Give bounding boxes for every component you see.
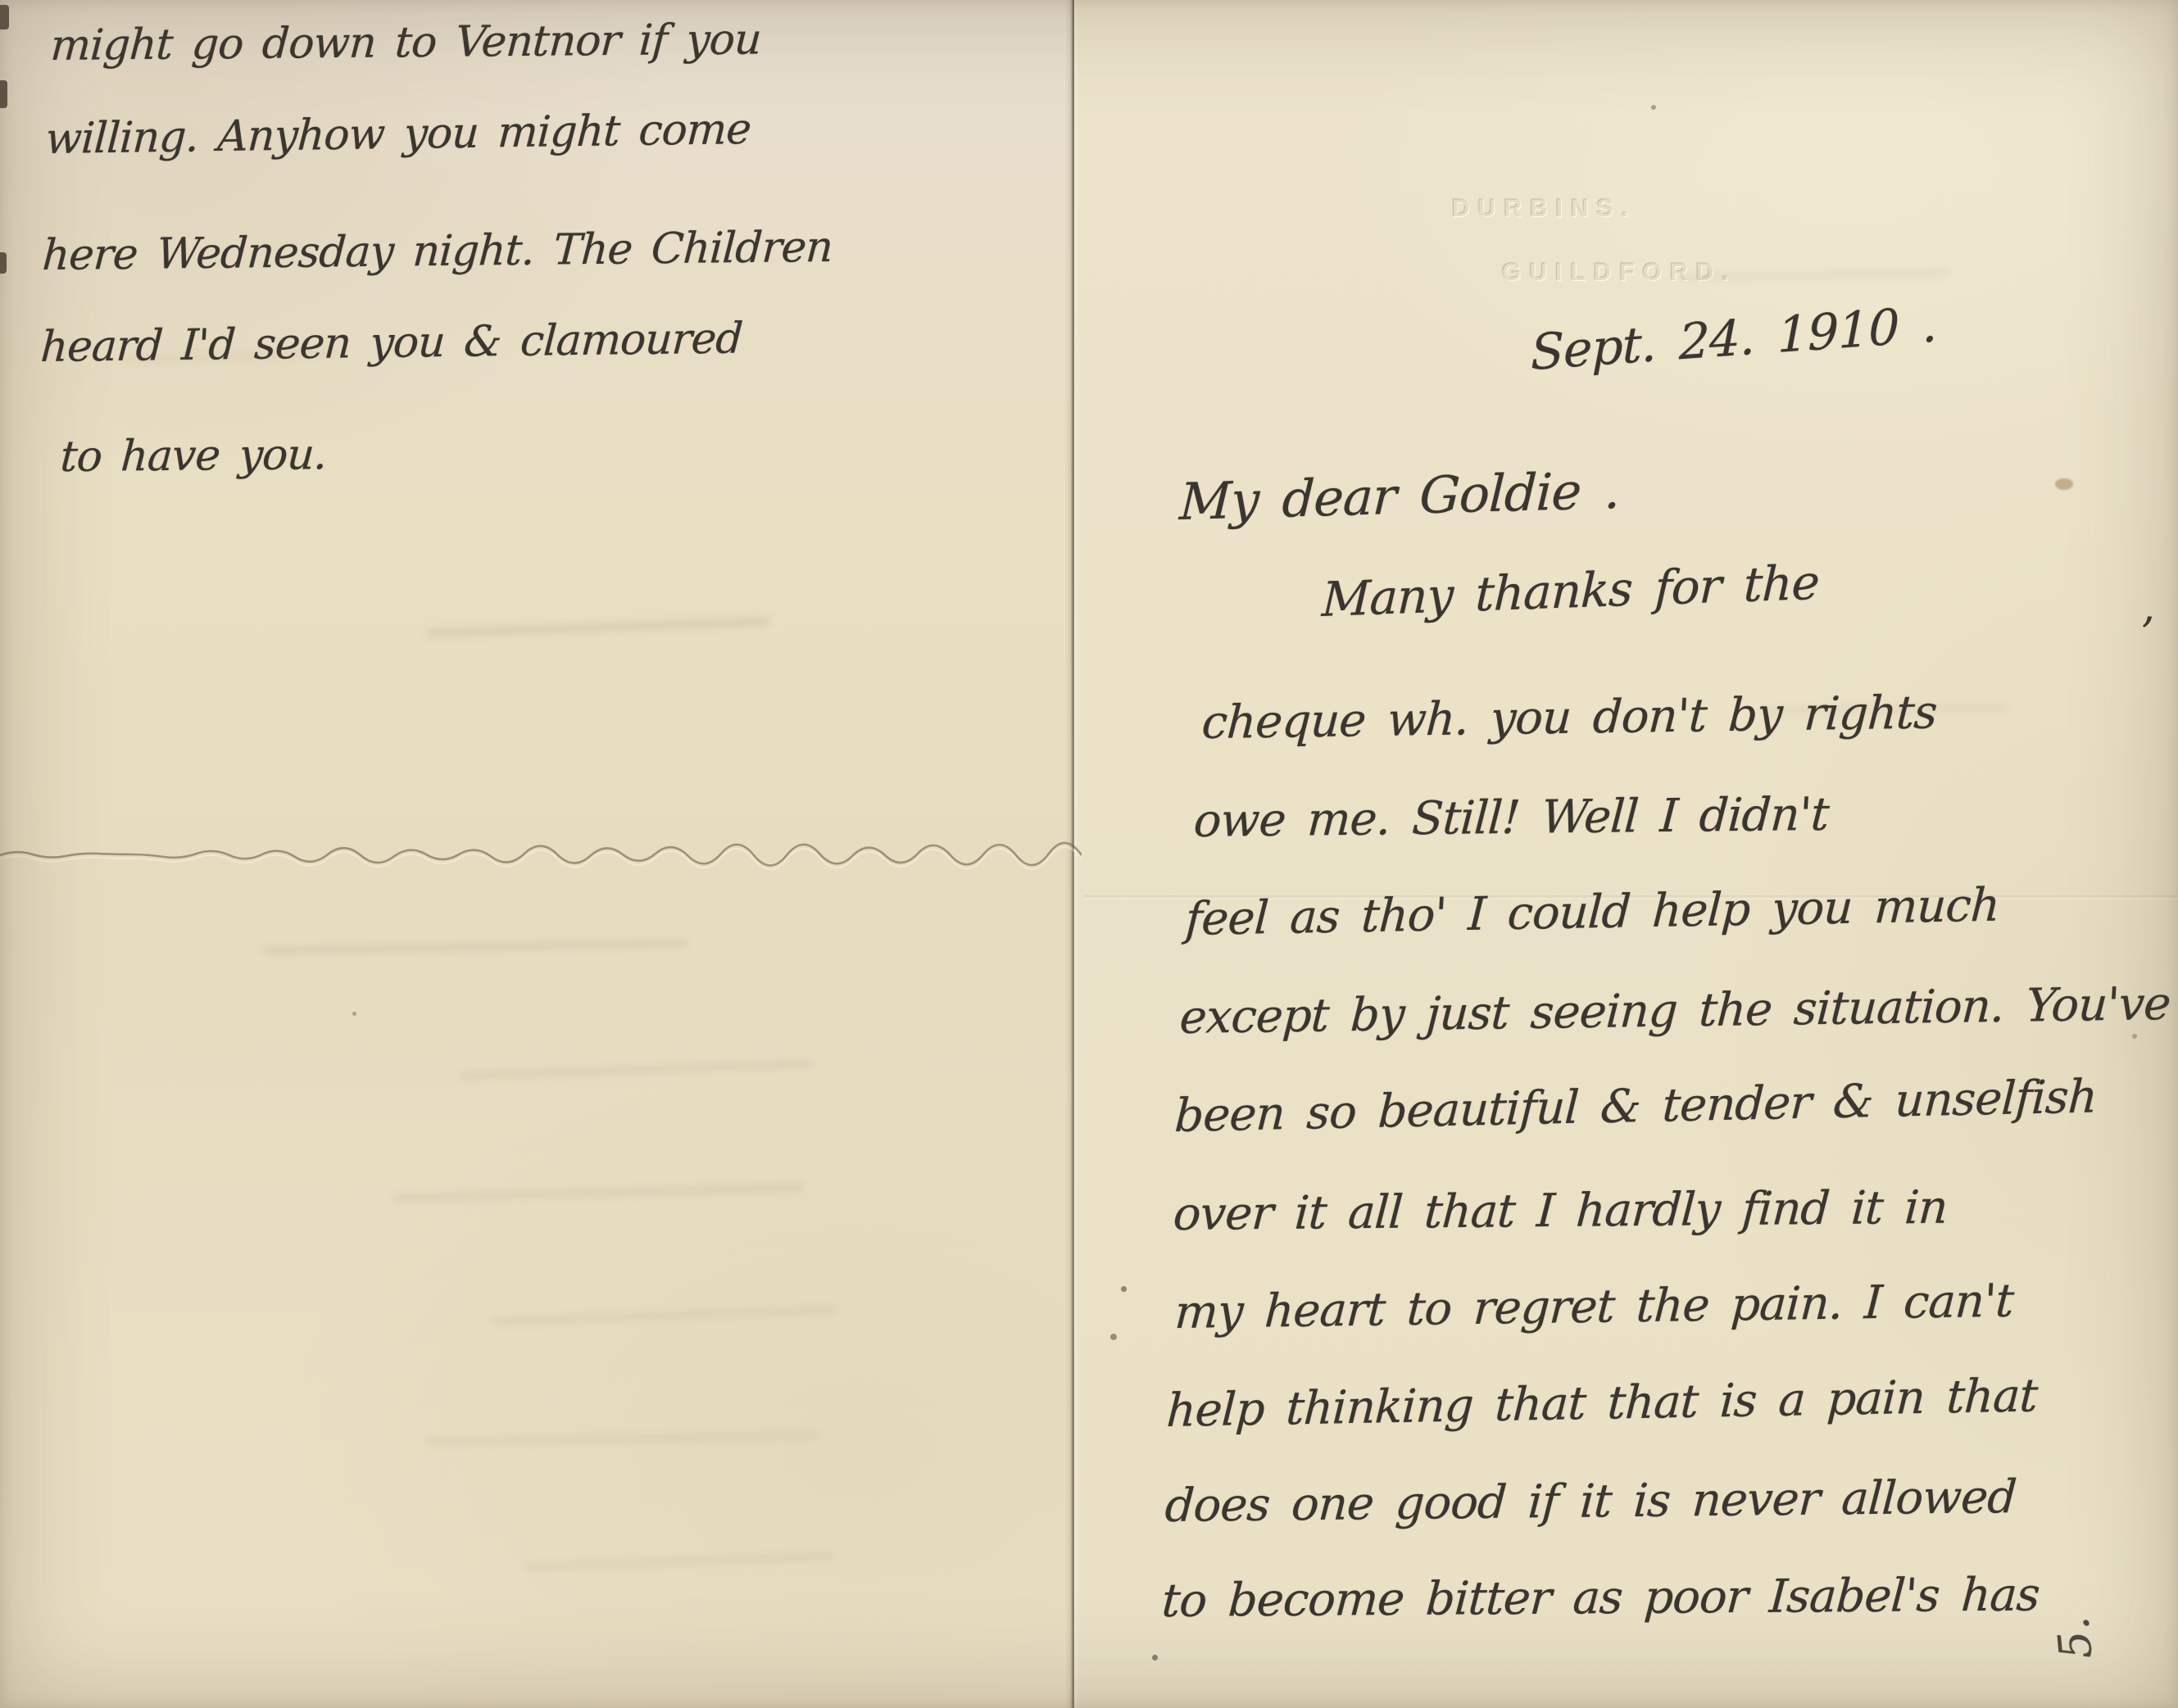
letter-scan: DURBINS. GUILDFORD. Sept. 24. 1910 . My … — [0, 0, 2178, 1708]
scan-edge-artifact — [0, 252, 7, 274]
letter-line: does one good if it is never allowed — [1164, 1470, 2017, 1533]
horizontal-crease — [0, 834, 1082, 870]
salutation: My dear Goldie . — [1178, 460, 1621, 532]
scan-edge-artifact — [0, 5, 9, 29]
letter-line: to become bitter as poor Isabel's has — [1160, 1568, 2041, 1628]
right-page — [1073, 0, 2178, 1708]
letter-line: might go down to Ventnor if you — [49, 15, 762, 70]
letter-line: willing. Anyhow you might come — [44, 105, 752, 164]
letterhead-durbins: DURBINS. — [1452, 195, 1636, 223]
page-number: 5. — [2047, 1615, 2102, 1661]
scan-edge-artifact — [0, 80, 7, 108]
letter-line: here Wednesday night. The Children — [41, 223, 834, 280]
letter-line: to have you. — [59, 430, 328, 482]
letter-line: cheque wh. you don't by rights — [1200, 686, 1938, 750]
letter-line: heard I'd seen you & clamoured — [39, 314, 744, 372]
stray-ink-mark: ’ — [2140, 608, 2154, 659]
letterhead-guildford: GUILDFORD. — [1502, 259, 1737, 287]
letter-line: owe me. Still! Well I didn't — [1192, 788, 1830, 848]
letter-line: over it all that I hardly find it in — [1172, 1181, 1949, 1241]
